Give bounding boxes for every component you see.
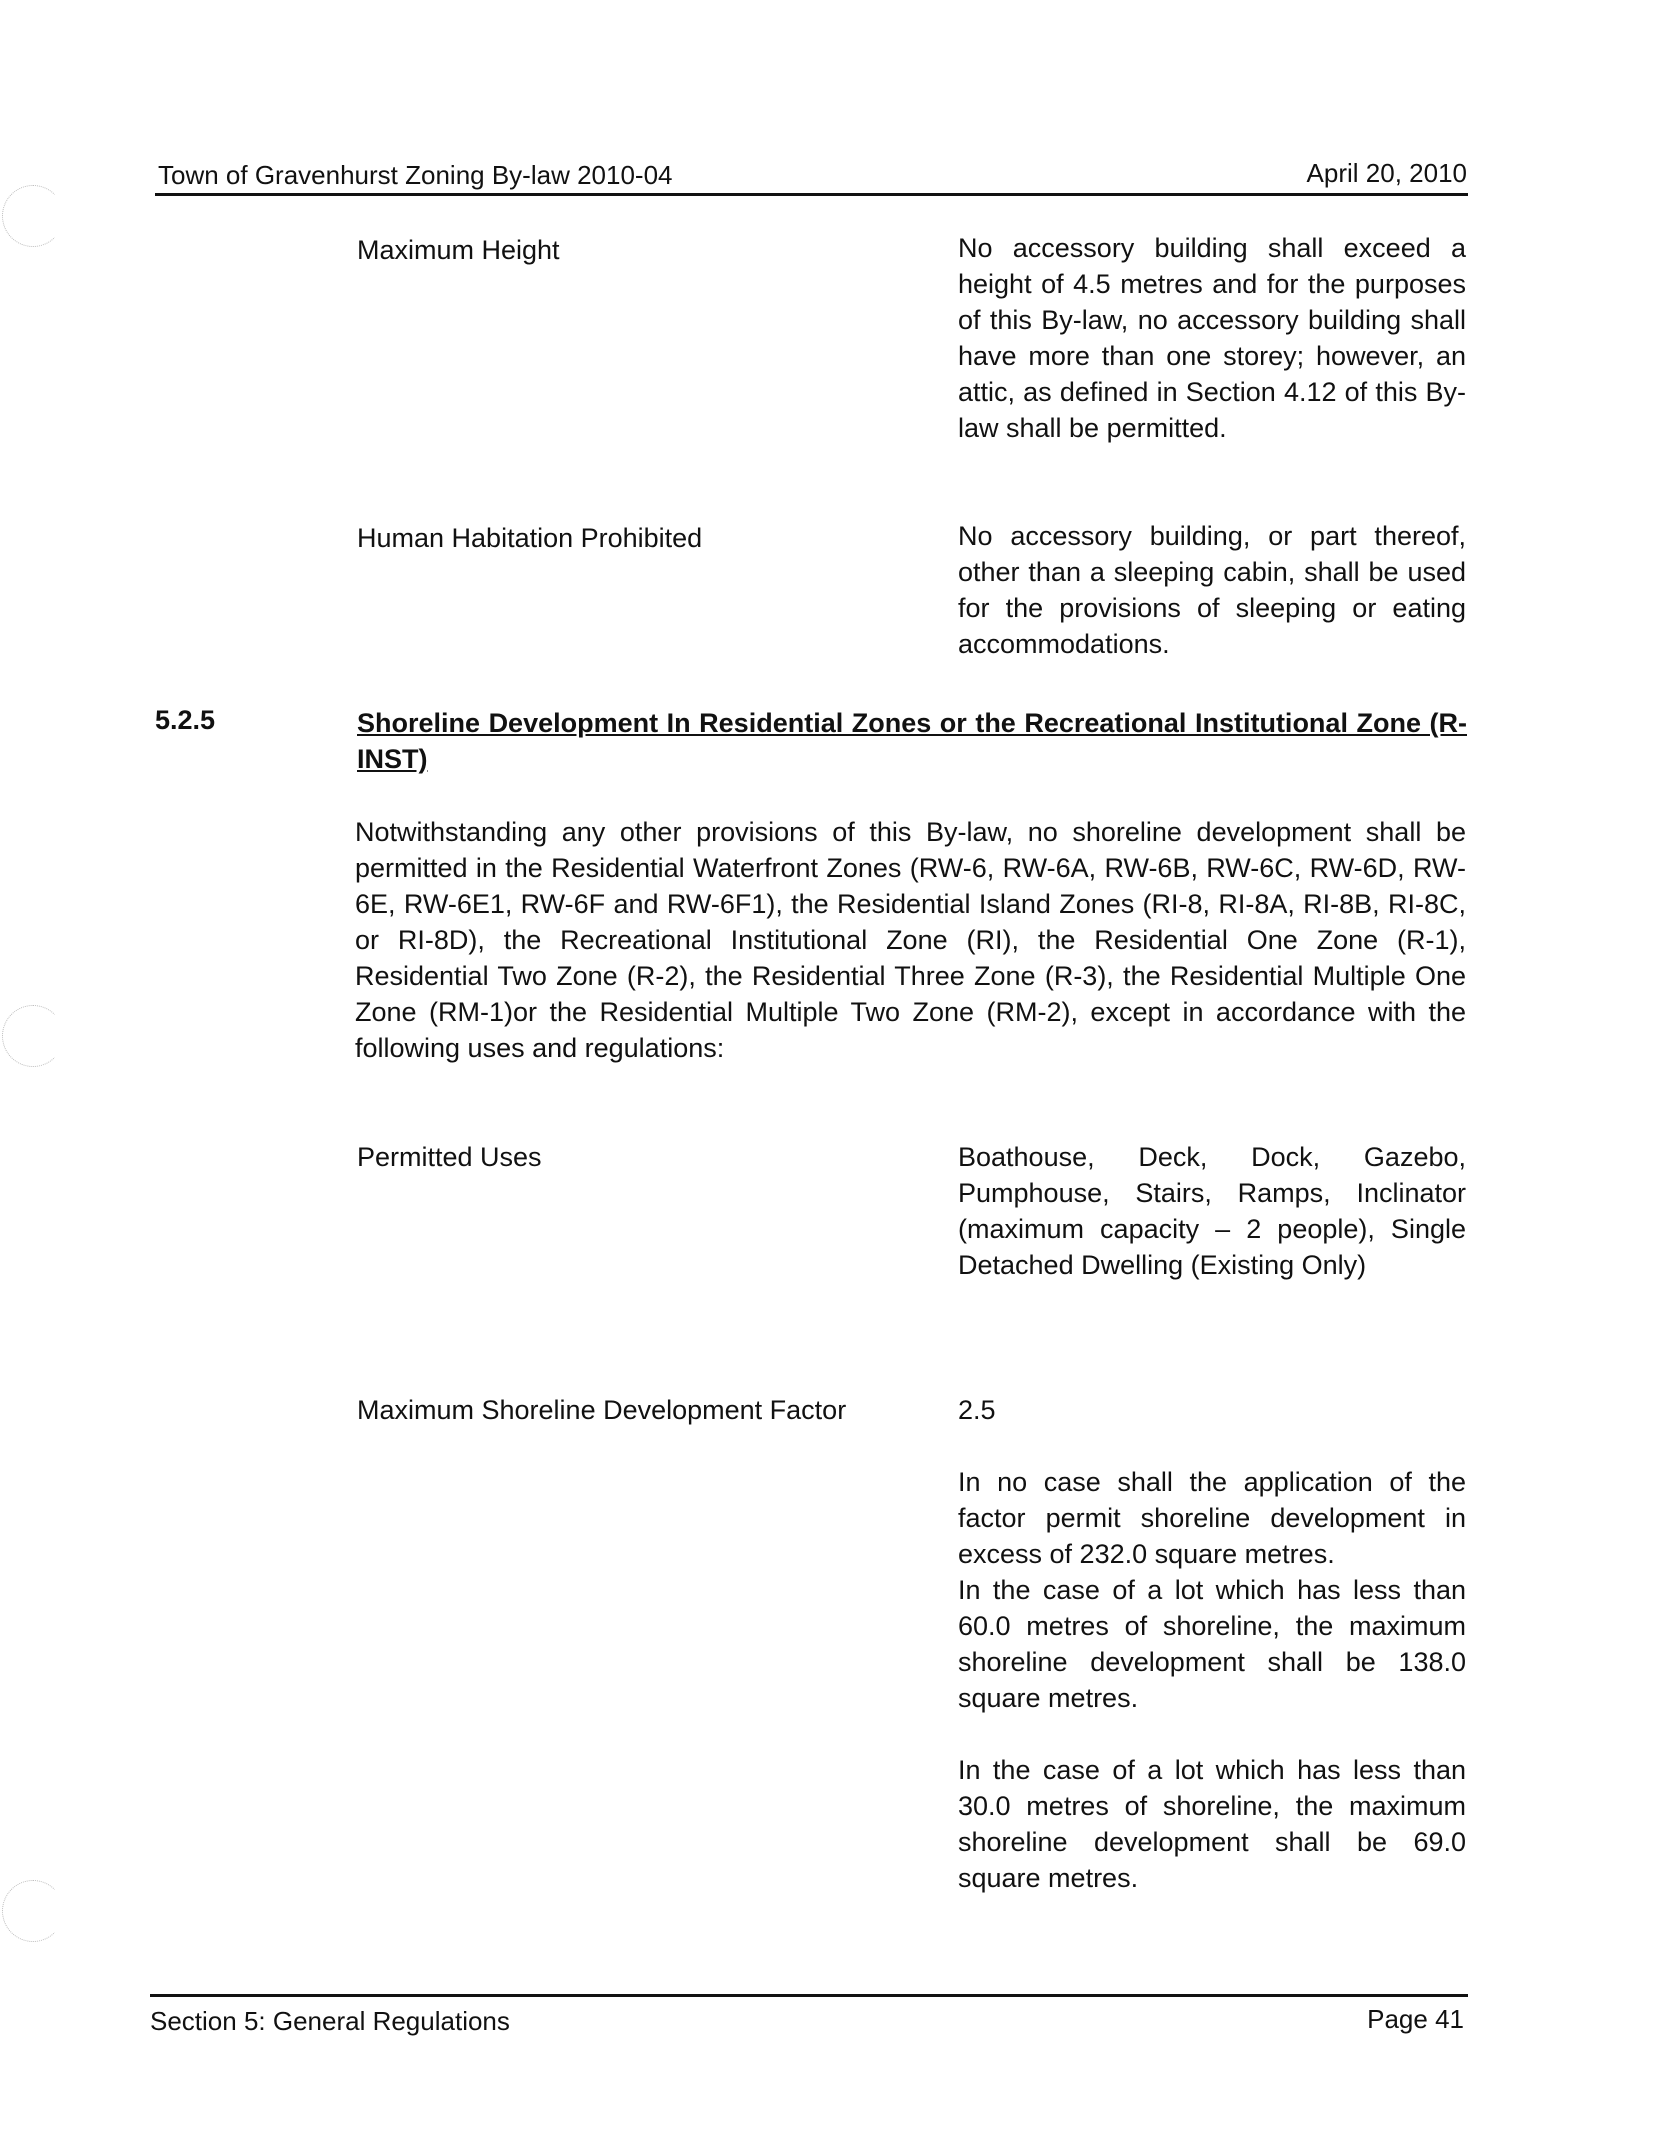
section-title: Shoreline Development In Residential Zon… — [357, 705, 1467, 777]
header-rule — [155, 193, 1468, 196]
factor-note-138: In the case of a lot which has less than… — [958, 1572, 1466, 1716]
section-number: 5.2.5 — [155, 705, 215, 736]
binder-hole-top — [2, 185, 64, 247]
row-label-permitted-uses: Permitted Uses — [357, 1139, 877, 1175]
factor-note-69: In the case of a lot which has less than… — [958, 1752, 1466, 1896]
footer-section: Section 5: General Regulations — [150, 2006, 510, 2037]
binder-hole-middle — [2, 1005, 64, 1067]
footer-rule — [150, 1994, 1468, 1997]
row-value-max-height: No accessory building shall exceed a hei… — [958, 230, 1466, 446]
header-title: Town of Gravenhurst Zoning By-law 2010-0… — [158, 160, 673, 191]
factor-value: 2.5 — [958, 1392, 1466, 1428]
factor-note-232: In no case shall the application of the … — [958, 1464, 1466, 1572]
row-label-max-factor: Maximum Shoreline Development Factor — [357, 1392, 857, 1428]
row-value-habitation: No accessory building, or part thereof, … — [958, 518, 1466, 662]
header-date: April 20, 2010 — [1307, 158, 1467, 189]
row-value-permitted-uses: Boathouse, Deck, Dock, Gazebo, Pumphouse… — [958, 1139, 1466, 1283]
row-value-max-factor: 2.5 In no case shall the application of … — [958, 1392, 1466, 1896]
footer-page-number: Page 41 — [1367, 2004, 1464, 2035]
binder-hole-bottom — [2, 1880, 64, 1942]
row-label-habitation: Human Habitation Prohibited — [357, 520, 877, 556]
section-intro: Notwithstanding any other provisions of … — [355, 814, 1466, 1066]
row-label-max-height: Maximum Height — [357, 232, 877, 268]
